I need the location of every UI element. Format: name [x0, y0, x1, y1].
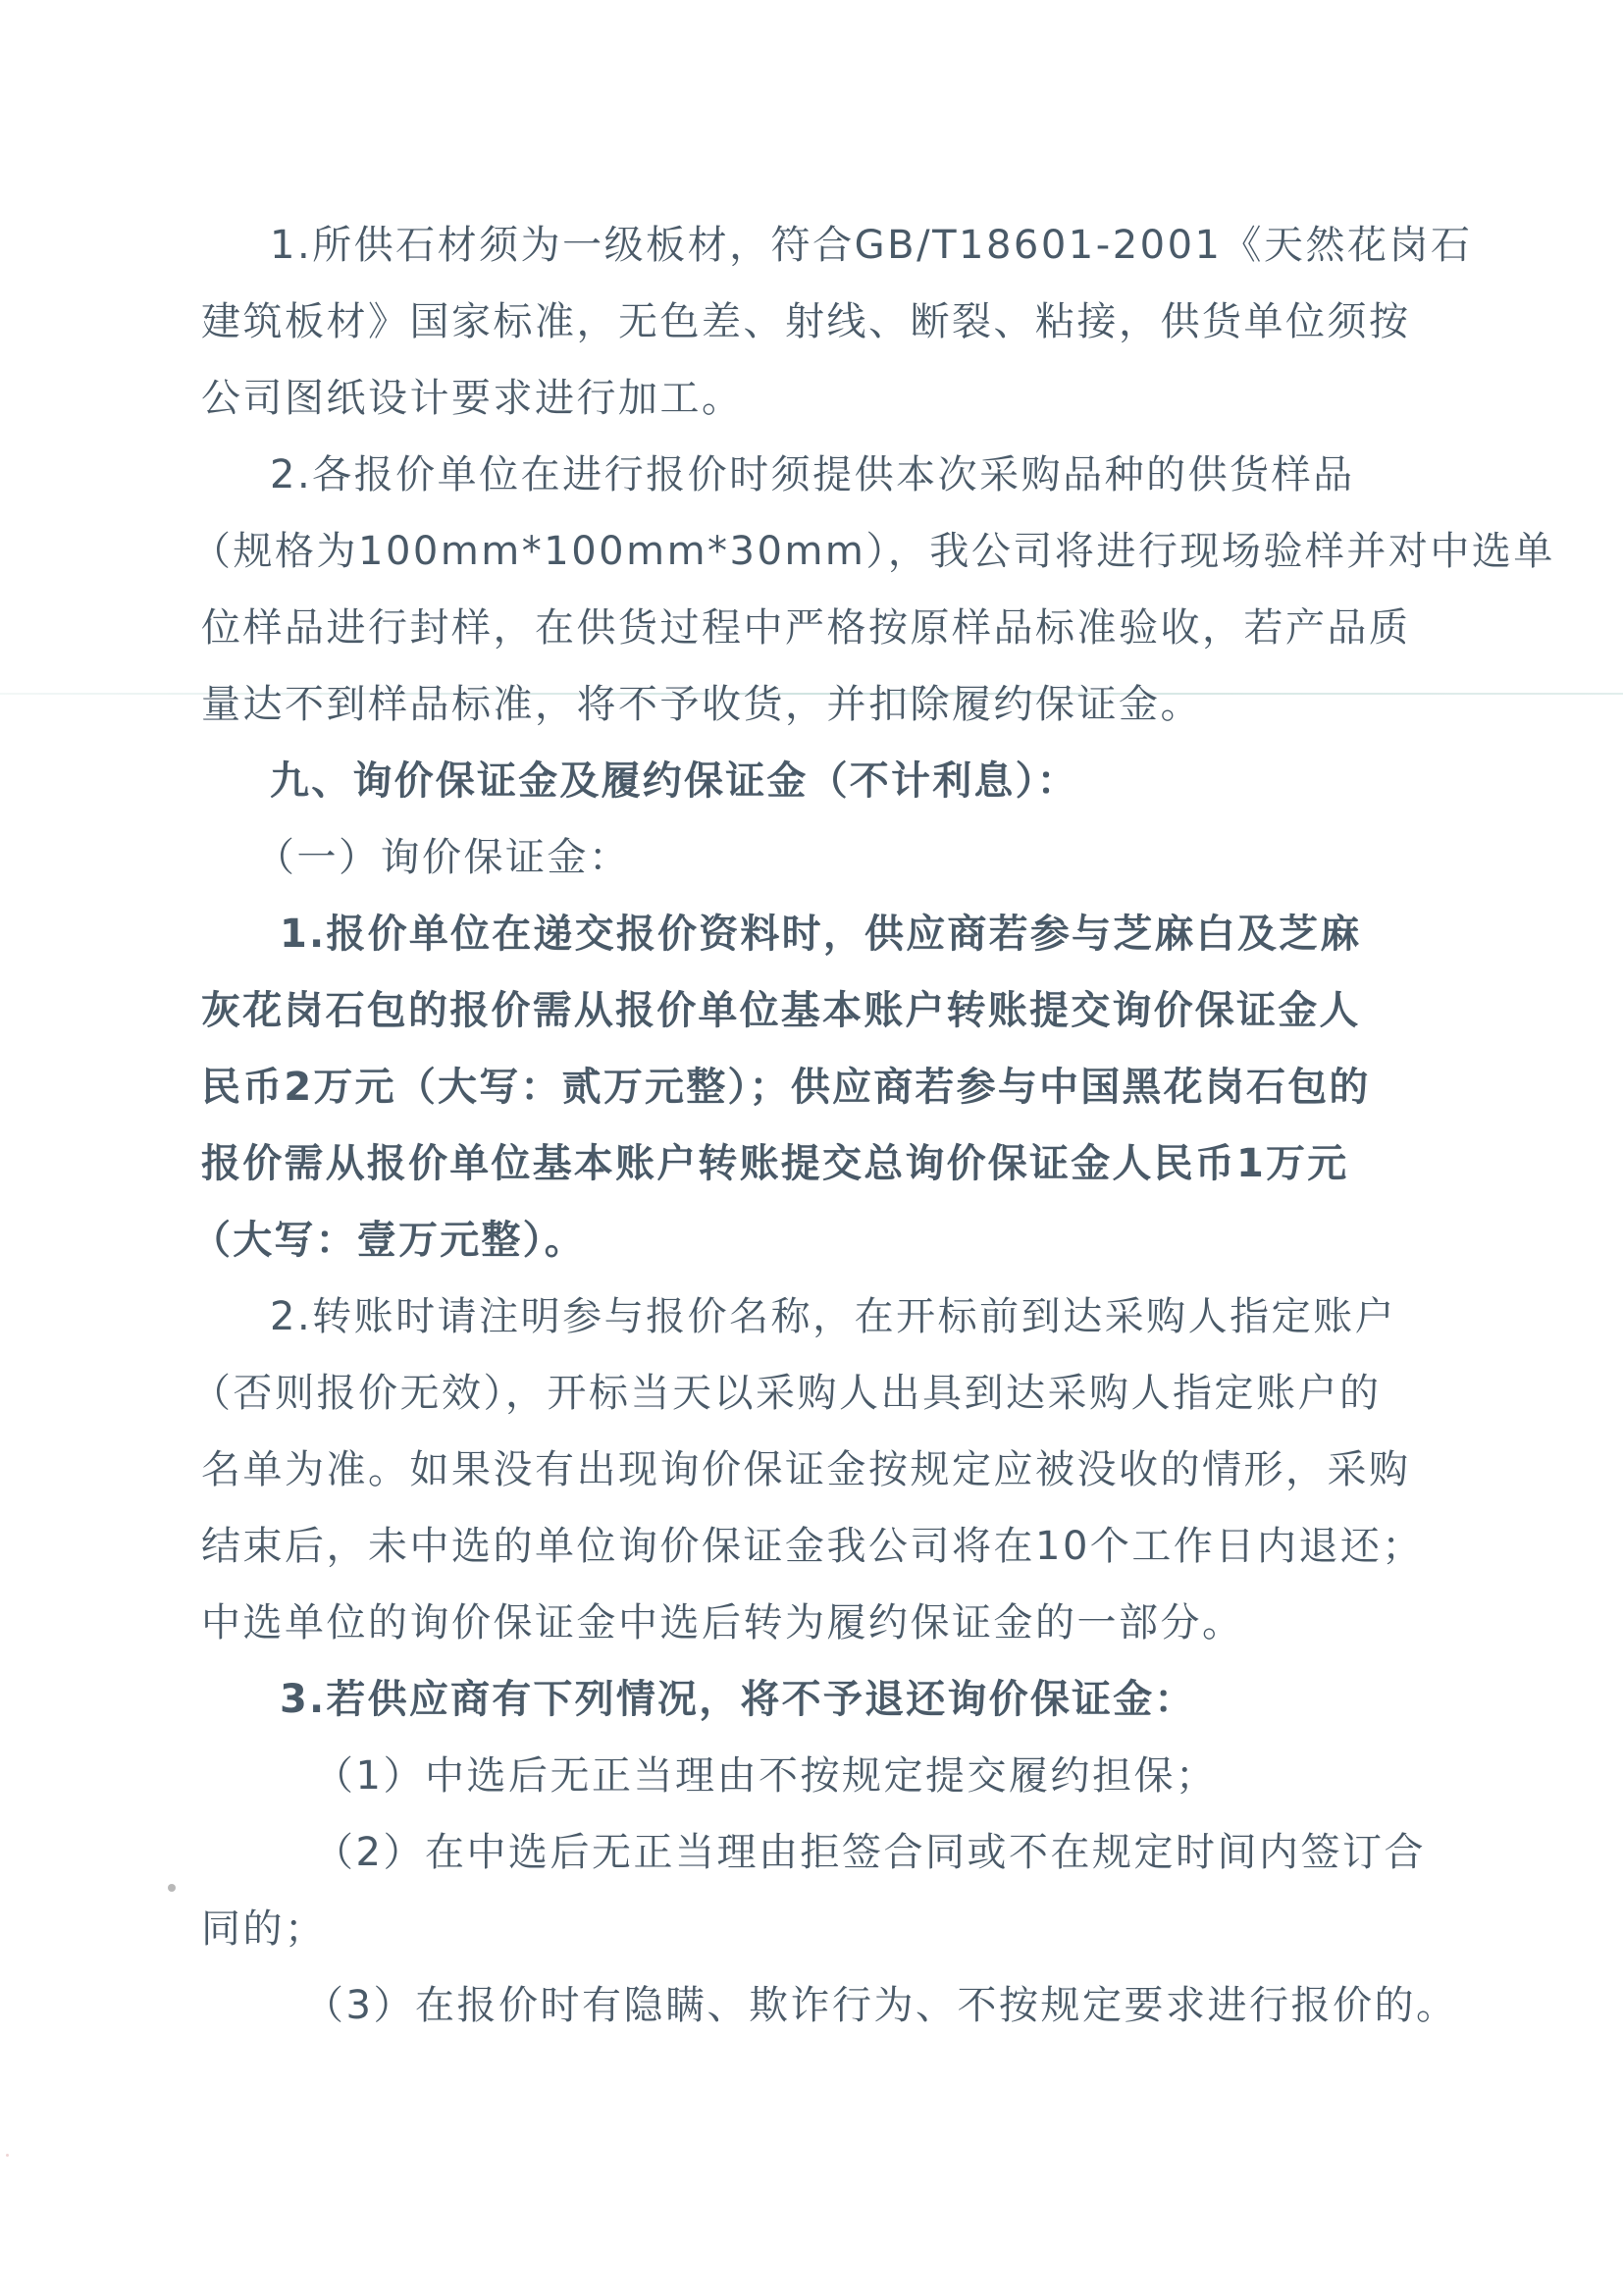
paragraph-line: 量达不到样品标准，将不予收货，并扣除履约保证金。 [201, 677, 1202, 732]
paragraph-line: （否则报价无效），开标当天以采购人出具到达采购人指定账户的 [191, 1366, 1382, 1421]
list-item-continuation: 同的； [201, 1902, 327, 1957]
scan-artifact-dot [168, 1884, 176, 1892]
list-item: （1）中选后无正当理由不按规定提交履约担保； [314, 1748, 1217, 1803]
paragraph-line: 灰花岗石包的报价需从报价单位基本账户转账提交询价保证金人 [201, 983, 1361, 1038]
paragraph-line: 中选单位的询价保证金中选后转为履约保证金的一部分。 [201, 1595, 1244, 1650]
paragraph-line: 2.各报价单位在进行报价时须提供本次采购品种的供货样品 [270, 447, 1355, 502]
paragraph-line: 公司图纸设计要求进行加工。 [201, 371, 744, 426]
list-item: （3）在报价时有隐瞒、欺诈行为、不按规定要求进行报价的。 [304, 1978, 1457, 2033]
list-item: （2）在中选后无正当理由拒签合同或不在规定时间内签订合 [314, 1825, 1426, 1880]
subsection-heading: （一）询价保证金： [255, 830, 631, 885]
paragraph-line: 建筑板材》国家标准，无色差、射线、断裂、粘接，供货单位须按 [201, 294, 1411, 349]
scan-artifact-dot [6, 2154, 9, 2157]
paragraph-line: 结束后，未中选的单位询价保证金我公司将在10个工作日内退还； [201, 1519, 1424, 1574]
paragraph-line: 报价需从报价单位基本账户转账提交总询价保证金人民币1万元 [201, 1136, 1348, 1191]
paragraph-line: （大写：壹万元整）。 [191, 1213, 586, 1268]
section-heading: 九、询价保证金及履约保证金（不计利息）： [270, 754, 1078, 809]
paragraph-heading: 3.若供应商有下列情况，将不予退还询价保证金： [280, 1672, 1196, 1727]
paragraph-line: 2.转账时请注明参与报价名称，在开标前到达采购人指定账户 [270, 1289, 1396, 1344]
paragraph-line: （规格为100mm*100mm*30mm），我公司将进行现场验样并对中选单 [191, 524, 1555, 579]
paragraph-line: 位样品进行封样，在供货过程中严格按原样品标准验收，若产品质 [201, 600, 1411, 655]
paragraph-line: 名单为准。如果没有出现询价保证金按规定应被没收的情形，采购 [201, 1442, 1411, 1497]
paragraph-line: 1.所供石材须为一级板材，符合GB/T18601-2001《天然花岗石 [270, 218, 1473, 273]
paragraph-line: 1.报价单位在递交报价资料时，供应商若参与芝麻白及芝麻 [280, 907, 1361, 962]
paragraph-line: 民币2万元（大写：贰万元整）；供应商若参与中国黑花岗石包的 [201, 1060, 1371, 1115]
